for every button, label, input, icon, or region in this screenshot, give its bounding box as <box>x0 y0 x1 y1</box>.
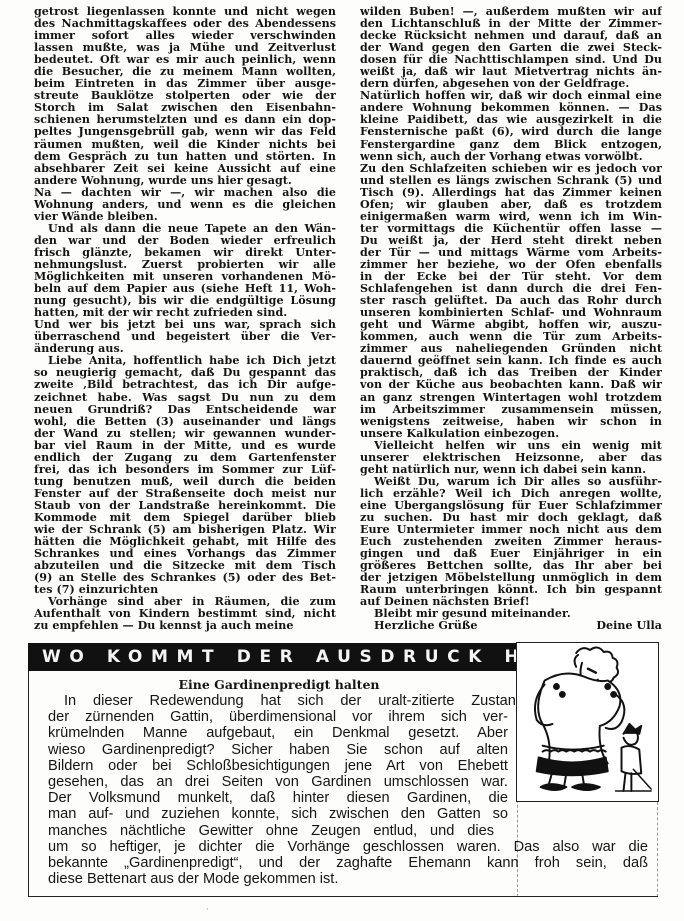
right-column: wilden Buben! —, außerdem mußten wir auf… <box>360 6 662 632</box>
text-line: getrost liegenlassen konnte und nicht we… <box>34 6 336 18</box>
text-line: vier Wände bleiben. <box>34 211 336 223</box>
text-line: unserer elektrischen Heizsonne, aber das <box>360 452 662 464</box>
text-line: den Lichtanschluß in der Mitte der Zimme… <box>360 18 662 30</box>
text-line: Fenster auf der Straßenseite doch meist … <box>34 488 336 500</box>
text-line: geht natürlich nur, wenn ich dabei sein … <box>360 464 662 476</box>
text-line: so neugierig gemacht, daß Du gespannt da… <box>34 367 336 379</box>
feature-text-line: Bildern oder bei Schloßbesichtigungen je… <box>48 758 508 774</box>
text-line: immer sofort alles wieder verschwinden <box>34 30 336 42</box>
text-line: von der Küche aus beobachten kann. Daß w… <box>360 379 662 391</box>
text-line: unseren kombinierten Schlaf- und Wohnrau… <box>360 307 662 319</box>
feature-title: Eine Gardinenpredigt halten <box>48 677 510 693</box>
box-bottom-edge <box>516 896 658 897</box>
text-line: hatten, mit der wir recht zufrieden sind… <box>34 307 336 319</box>
text-line: weißt ja, daß wir laut Mietvertrag nicht… <box>360 66 662 78</box>
text-line: zweite ‚Bild betrachtest, das ich Dir au… <box>34 379 336 391</box>
text-line: Raum unterbringen könnt. Ich bin gespann… <box>360 584 662 596</box>
text-line: der Wand zu stellen; wir gewannen wunder… <box>34 428 336 440</box>
text-line: frisch glänzte, bekamen wir direkt Unter… <box>34 247 336 259</box>
text-line: zeichnet habe. Was sagst Du nun zu dem <box>34 392 336 404</box>
text-line: der Wand gegen den Garten die zwei Steck… <box>360 42 662 54</box>
letter-signoff: Herzliche GrüßeDeine Ulla <box>360 620 662 632</box>
feature-box-content: Eine Gardinenpredigt halten In dieser Re… <box>48 677 510 887</box>
text-line: nung gesucht), bis wir die endgültige Lö… <box>34 295 336 307</box>
text-line: kleine Paidibett, das wie ausgezirkelt i… <box>360 114 662 126</box>
text-line: größeres Bettchen sollte, das Ihr aber b… <box>360 560 662 572</box>
text-line: streute Bauklötze stolperten oder wie de… <box>34 90 336 102</box>
feature-text-line: um so heftiger, je dichter die Vorhänge … <box>48 839 648 855</box>
text-line: Eure Untermieter immer noch nicht aus de… <box>360 524 662 536</box>
text-line: zu suchen. Du hast mir doch geklagt, daß <box>360 512 662 524</box>
feature-text-line: Der Volksmund munkelt, daß hinter diesen… <box>48 790 508 806</box>
cartoon-illustration <box>516 642 659 802</box>
text-line: Kommode mit dem Spiegel darüber blieb <box>34 512 336 524</box>
text-line: beim Eintreten in das Zimmer über ausge- <box>34 78 336 90</box>
text-line: änderung aus. <box>34 343 336 355</box>
text-line: gingen und daß Euer Einjähriger in ein <box>360 548 662 560</box>
text-line: den war und der Boden wieder erfreulich <box>34 235 336 247</box>
text-line: Schrankes und eines Vorhangs das Zimmer <box>34 548 336 560</box>
text-line: zimmer aus naheliegenden Gründen nicht <box>360 343 662 355</box>
text-line: absehbarer Zeit sei keine Aussicht auf e… <box>34 163 336 175</box>
feature-body: In dieser Redewendung hat sich der uralt… <box>48 693 510 887</box>
text-line: Fensternische paßt (6), wird durch die l… <box>360 126 662 138</box>
feature-text-line: diese Bettenart aus der Mode gekommen is… <box>48 871 508 887</box>
text-line: der Tür — und mittags Wärme vom Arbeits- <box>360 247 662 259</box>
text-line: geht und Wärme abgibt, hoffen wir, auszu… <box>360 319 662 331</box>
text-line: Staub von der Landstraße hereinkommt. Di… <box>34 500 336 512</box>
feature-text-line: wieso Gardinenpredigt? Sicher haben Sie … <box>48 742 508 758</box>
text-line: andere Wohnung bekommen können. — Das <box>360 102 662 114</box>
text-line: tes (7) einzurichten <box>34 584 336 596</box>
text-line: die Besucher, die zu meinem Mann wollten… <box>34 66 336 78</box>
text-line: der jetzigen Möbelstellung unmöglich in … <box>360 572 662 584</box>
text-line: einigermaßen warm wird, wenn ich im Win- <box>360 211 662 223</box>
feature-text-line: der zürnenden Gattin, überdimensional vo… <box>48 709 508 725</box>
text-line: ter vormittags die Küchentür offen lasse… <box>360 223 662 235</box>
text-line: Liebe Anita, hoffentlich habe ich Dich j… <box>34 355 336 367</box>
text-line: andere Wohnung, wurde uns hier gesagt. <box>34 175 336 187</box>
text-line: hätten die Möglichkeit gehabt, mit Hilfe… <box>34 536 336 548</box>
text-line: Du weißt ja, der Herd steht direkt neben <box>360 235 662 247</box>
text-line: Tisch (9). Allerdings hat das Zimmer kei… <box>360 187 662 199</box>
text-line: im Arbeitszimmer zusammensein müssen, <box>360 404 662 416</box>
print-speck: · <box>206 905 209 914</box>
text-line: Ofen; wir glauben aber, daß es trotzdem <box>360 199 662 211</box>
feature-text-line: krümelnden Manne aufgebaut, ein Denkmal … <box>48 725 508 741</box>
box-right-edge <box>657 802 658 897</box>
text-line: decke Rücksicht nehmen und darauf, daß a… <box>360 30 662 42</box>
text-line: tung benutzen muß, weil durch die beiden <box>34 476 336 488</box>
text-line: Natürlich hoffen wir, daß wir doch einma… <box>360 90 662 102</box>
text-line: bar viel Raum in der Mitte, und es wurde <box>34 440 336 452</box>
text-line: dauernd geöffnet sein kann. Ich finde es… <box>360 355 662 367</box>
text-line: Aufenthalt von Kindern bestimmt sind, ni… <box>34 608 336 620</box>
text-line: Zu den Schlafzeiten schieben wir es jedo… <box>360 163 662 175</box>
text-line: (9) an Stelle des Schrankes (5) oder des… <box>34 572 336 584</box>
text-line: unsere Kalkulation einbezogen. <box>360 428 662 440</box>
feature-banner: WO KOMMT DER AUSDRUCK HER ? <box>28 643 516 671</box>
text-line: peltes Jungensgebrüll gab, wenn wir das … <box>34 126 336 138</box>
text-line: Weißt Du, warum ich Dir alles so ausführ… <box>360 476 662 488</box>
signature: Deine Ulla <box>596 620 662 632</box>
text-line: Na — dachten wir —, wir machen also die <box>34 187 336 199</box>
text-line: des Nachmittagskaffees oder des Abendess… <box>34 18 336 30</box>
text-line: räumen mußten, weil die Kinder nichts be… <box>34 139 336 151</box>
text-line: in der Ecke bei der Tür steht. Vor dem <box>360 271 662 283</box>
feature-text-line: bekannte „Gardinenpredigt“, und der zagh… <box>48 855 648 871</box>
text-line: zimmer her beziehe, wo der Ofen ebenfall… <box>360 259 662 271</box>
text-line: Fenstergardine ganz dem Blick entzogen, <box>360 139 662 151</box>
left-column: getrost liegenlassen konnte und nicht we… <box>34 6 336 632</box>
text-line: dosen für die Nachttischlampen sind. Und… <box>360 54 662 66</box>
text-line: lich erzähle? Weil ich Dich anregen woll… <box>360 488 662 500</box>
text-line: Vielleicht helfen wir uns ein wenig mit <box>360 440 662 452</box>
text-line: kommen, auch wenn die Tür zum Arbeits- <box>360 331 662 343</box>
closing-greeting: Herzliche Grüße <box>374 620 477 632</box>
text-line: Schlafengehen ist dann durch die drei Fe… <box>360 283 662 295</box>
text-line: abzuteilen und die Sitzecke mit dem Tisc… <box>34 560 336 572</box>
text-line: wie der Schrank (5) am bisherigen Platz.… <box>34 524 336 536</box>
text-line: wenigstens zeitweise, haben wir schon in <box>360 416 662 428</box>
text-line: bedeutet. Oft war es mir auch peinlich, … <box>34 54 336 66</box>
text-line: praktisch, daß ich das Treiben der Kinde… <box>360 367 662 379</box>
text-line: wenn sich, auch der Vorhang etwas vorwöl… <box>360 151 662 163</box>
text-line: frei, das ich besonders im Sommer zur Lü… <box>34 464 336 476</box>
text-line: lassen mußte, was ja Mühe und Zeitverlus… <box>34 42 336 54</box>
text-line: überraschend und begeistert über die Ver… <box>34 331 336 343</box>
feature-text-line: man auf- und zuziehen konnte, sich zwisc… <box>48 806 508 822</box>
text-line: Und wer bis jetzt bei uns war, sprach si… <box>34 319 336 331</box>
feature-text-line: gesehen, das an drei Seiten von Gardinen… <box>48 774 508 790</box>
text-line: schienen herumstelzten und es dann ein d… <box>34 114 336 126</box>
text-line: zu empfehlen — Du kennst ja auch meine <box>34 620 336 632</box>
text-line: auf Deinen nächsten Brief! <box>360 596 662 608</box>
feature-text-line: manches nächtliche Gewitter ohne Zeugen … <box>48 823 494 839</box>
text-line: nehmungslust. Zuerst probierten wir alle <box>34 259 336 271</box>
text-line: dem Gespräch zu tun hatten und störten. … <box>34 151 336 163</box>
cartoon-woman-scolding-man-icon <box>517 643 658 801</box>
text-line: wilden Buben! —, außerdem mußten wir auf <box>360 6 662 18</box>
text-line: dern dürfen, abgesehen von der Geldfrage… <box>360 78 662 90</box>
text-line: Möglichkeiten mit unseren vorhandenen Mö… <box>34 271 336 283</box>
feature-text-line: In dieser Redewendung hat sich der uralt… <box>48 693 524 709</box>
text-line: wohl, die Betten (3) auseinander und län… <box>34 416 336 428</box>
text-line: Euch zustehenden zweiten Zimmer heraus- <box>360 536 662 548</box>
text-line: Wohnung anders, und wenn es die gleichen <box>34 199 336 211</box>
text-line: Und als dann die neue Tapete an den Wän- <box>34 223 336 235</box>
text-line: und stellen es längs zwischen Schrank (5… <box>360 175 662 187</box>
text-line: endlich der Zugang zu dem Gartenfenster <box>34 452 336 464</box>
text-line: Vorhänge sind aber in Räumen, die zum <box>34 596 336 608</box>
text-line: neuen Grundriß? Das Entscheidende war <box>34 404 336 416</box>
text-line: Storch im Salat zwischen den Eisenbahn- <box>34 102 336 114</box>
text-line: beln auf dem Papier aus (siehe Heft 11, … <box>34 283 336 295</box>
text-line: ster rasch gelüftet. Da auch das Rohr du… <box>360 295 662 307</box>
text-line: an ganz strengen Wintertagen wohl trotzd… <box>360 392 662 404</box>
text-line: eine Übergangslösung für Euer Schlafzimm… <box>360 500 662 512</box>
